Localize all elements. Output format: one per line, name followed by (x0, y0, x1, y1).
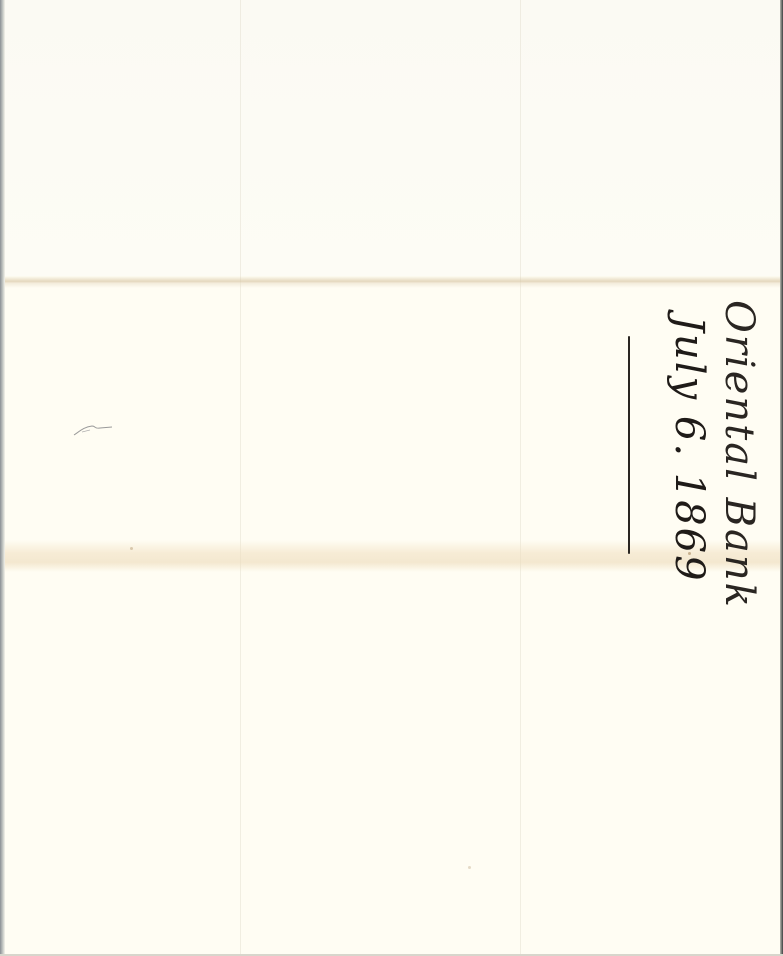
vertical-fold-line (240, 0, 241, 956)
pencil-squiggle-icon (72, 422, 116, 438)
docket-title: Oriental Bank (716, 300, 762, 609)
left-page-edge (0, 0, 5, 956)
ink-speck (468, 866, 471, 869)
ink-speck (688, 552, 691, 555)
ink-speck (130, 547, 133, 550)
docket-annotation: Oriental Bank July 6. 1869 (612, 300, 772, 560)
docket-date: July 6. 1869 (666, 316, 712, 583)
horizontal-fold-crease (5, 276, 780, 288)
docket-underline (628, 336, 630, 554)
upper-fold-panel (5, 0, 780, 276)
paper-sheet: Oriental Bank July 6. 1869 (0, 0, 783, 956)
vertical-fold-line (520, 0, 521, 956)
